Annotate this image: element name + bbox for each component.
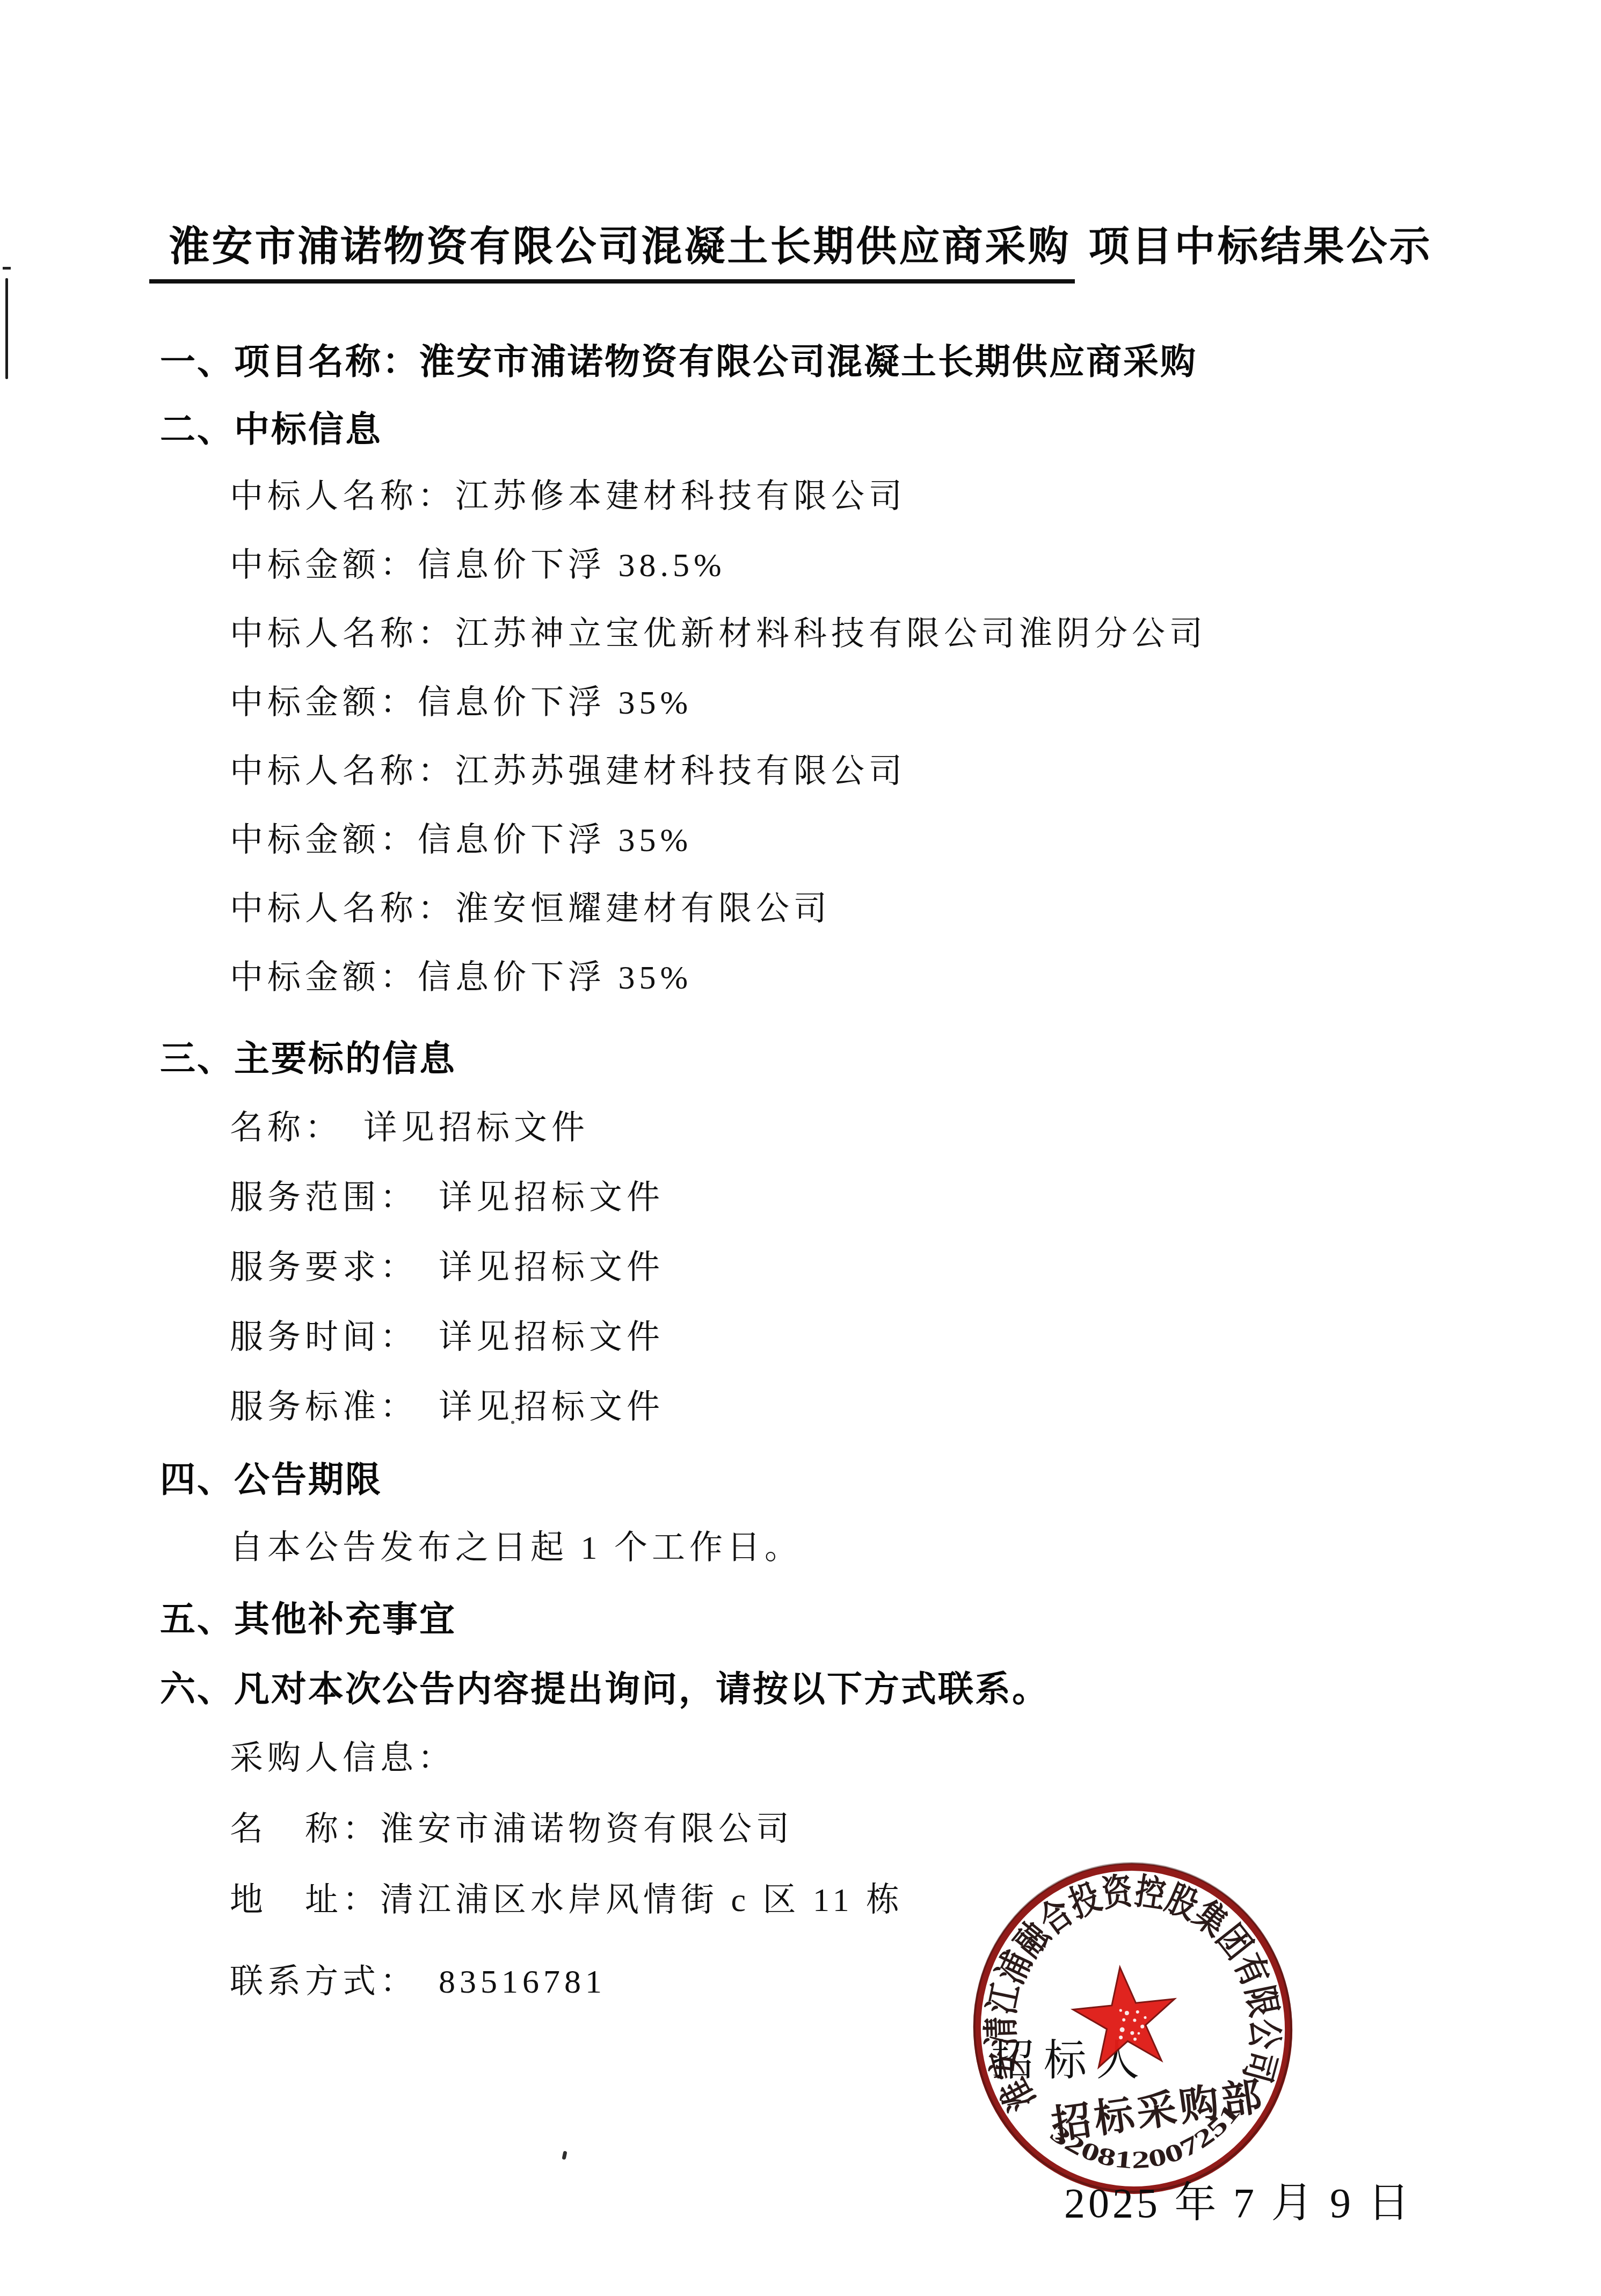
section-1-project-name: 一、项目名称：淮安市浦诺物资有限公司混凝土长期供应商采购 [160, 344, 1197, 379]
section-4-notice-period: 四、公告期限 [160, 1462, 382, 1497]
section-6-contact-note: 六、凡对本次公告内容提出询问，请按以下方式联系。 [160, 1671, 1049, 1706]
award-amount-line: 中标金额：信息价下浮 38.5% [230, 549, 726, 582]
section-5-other-matters: 五、其他补充事宜 [160, 1601, 456, 1637]
service-require-line: 服务要求： 详见招标文件 [230, 1251, 664, 1284]
scan-artifact-line [5, 278, 8, 379]
title-plain-segment: 项目中标结果公示 [1075, 224, 1432, 270]
winner-name-line: 中标人名称：江苏神立宝优新材料科技有限公司淮阴分公司 [230, 617, 1207, 651]
award-amount-line: 中标金额：信息价下浮 35% [230, 961, 692, 994]
winner-name-line: 中标人名称：淮安恒耀建材有限公司 [230, 892, 831, 926]
official-stamp: 淮安清江浦融合投资控股集团有限公司 招标采购部 3208120072516 [961, 1851, 1305, 2217]
award-amount-line: 中标金额：信息价下浮 35% [230, 824, 692, 857]
service-time-line: 服务时间： 详见招标文件 [230, 1321, 664, 1354]
purchaser-info-heading: 采购人信息： [230, 1742, 455, 1775]
contact-phone-line: 联系方式： 83516781 [230, 1965, 606, 1999]
service-standard-line: 服务标准： 详见招标文件 [230, 1391, 664, 1424]
service-scope-line: 服务范围： 详见招标文件 [230, 1181, 664, 1215]
title-underlined-segment: 淮安市浦诺物资有限公司混凝土长期供应商采购 [149, 224, 1075, 284]
document-date: 2025 年 7 月 9 日 [1064, 2169, 1413, 2229]
section-3-subject-info: 三、主要标的信息 [160, 1041, 456, 1076]
stamp-star-icon [1069, 1962, 1181, 2069]
scan-artifact-dot [562, 2150, 567, 2160]
award-amount-line: 中标金额：信息价下浮 35% [230, 686, 692, 720]
purchaser-name-line: 名 称：淮安市浦诺物资有限公司 [230, 1813, 794, 1846]
winner-name-line: 中标人名称：江苏修本建材科技有限公司 [230, 480, 906, 513]
section-2-award-info: 二、中标信息 [160, 411, 382, 447]
notice-period-body: 自本公告发布之日起 1 个工作日。 [230, 1531, 802, 1565]
subject-name-line: 名称： 详见招标文件 [230, 1111, 589, 1145]
winner-name-line: 中标人名称：江苏苏强建材科技有限公司 [230, 755, 906, 788]
document-title: 淮安市浦诺物资有限公司混凝土长期供应商采购 项目中标结果公示 [0, 214, 1601, 272]
document-page: 淮安市浦诺物资有限公司混凝土长期供应商采购 项目中标结果公示 一、项目名称：淮安… [0, 0, 1601, 2296]
purchaser-address-line: 地 址：清江浦区水岸风情街 c 区 11 栋 [230, 1884, 904, 1917]
